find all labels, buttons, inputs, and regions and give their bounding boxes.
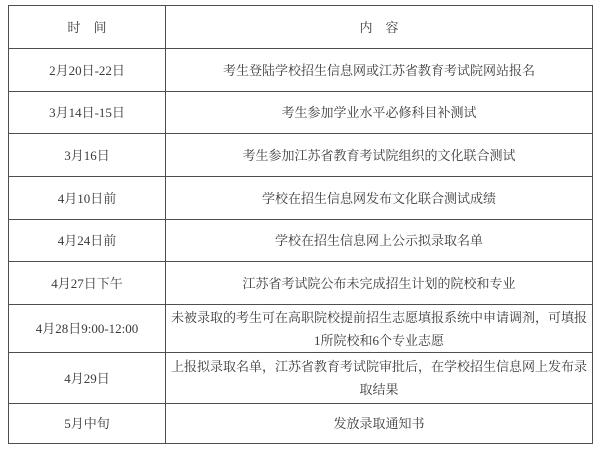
header-time: 时 间 (9, 6, 166, 49)
time-cell: 5月中旬 (9, 404, 166, 444)
content-cell: 上报拟录取名单，江苏省教育考试院审批后，在学校招生信息网上发布录取结果 (166, 353, 593, 404)
time-cell: 4月27日下午 (9, 262, 166, 305)
table-row: 5月中旬 发放录取通知书 (9, 404, 593, 444)
content-cell: 考生参加学业水平必修科目补测试 (166, 92, 593, 134)
content-cell: 发放录取通知书 (166, 404, 593, 444)
table-row: 4月24日前 学校在招生信息网上公示拟录取名单 (9, 220, 593, 262)
content-cell: 学校在招生信息网发布文化联合测试成绩 (166, 177, 593, 220)
time-cell: 3月16日 (9, 134, 166, 177)
content-cell: 未被录取的考生可在高职院校提前招生志愿填报系统中申请调剂，可填报1所院校和6个专… (166, 305, 593, 353)
time-cell: 4月28日9:00-12:00 (9, 305, 166, 353)
header-content: 内 容 (166, 6, 593, 49)
table-row: 4月29日 上报拟录取名单，江苏省教育考试院审批后，在学校招生信息网上发布录取结… (9, 353, 593, 404)
table-row: 4月28日9:00-12:00 未被录取的考生可在高职院校提前招生志愿填报系统中… (9, 305, 593, 353)
content-cell: 江苏省考试院公布未完成招生计划的院校和专业 (166, 262, 593, 305)
table-row: 4月10日前 学校在招生信息网发布文化联合测试成绩 (9, 177, 593, 220)
table-row: 2月20日-22日 考生登陆学校招生信息网或江苏省教育考试院网站报名 (9, 49, 593, 92)
table-row: 4月27日下午 江苏省考试院公布未完成招生计划的院校和专业 (9, 262, 593, 305)
table-row: 3月14日-15日 考生参加学业水平必修科目补测试 (9, 92, 593, 134)
enrollment-schedule-table: 时 间 内 容 2月20日-22日 考生登陆学校招生信息网或江苏省教育考试院网站… (8, 5, 593, 444)
content-cell: 考生参加江苏省教育考试院组织的文化联合测试 (166, 134, 593, 177)
header-row: 时 间 内 容 (9, 6, 593, 49)
table-row: 3月16日 考生参加江苏省教育考试院组织的文化联合测试 (9, 134, 593, 177)
time-cell: 3月14日-15日 (9, 92, 166, 134)
time-cell: 2月20日-22日 (9, 49, 166, 92)
time-cell: 4月24日前 (9, 220, 166, 262)
time-cell: 4月29日 (9, 353, 166, 404)
content-cell: 考生登陆学校招生信息网或江苏省教育考试院网站报名 (166, 49, 593, 92)
content-cell: 学校在招生信息网上公示拟录取名单 (166, 220, 593, 262)
time-cell: 4月10日前 (9, 177, 166, 220)
